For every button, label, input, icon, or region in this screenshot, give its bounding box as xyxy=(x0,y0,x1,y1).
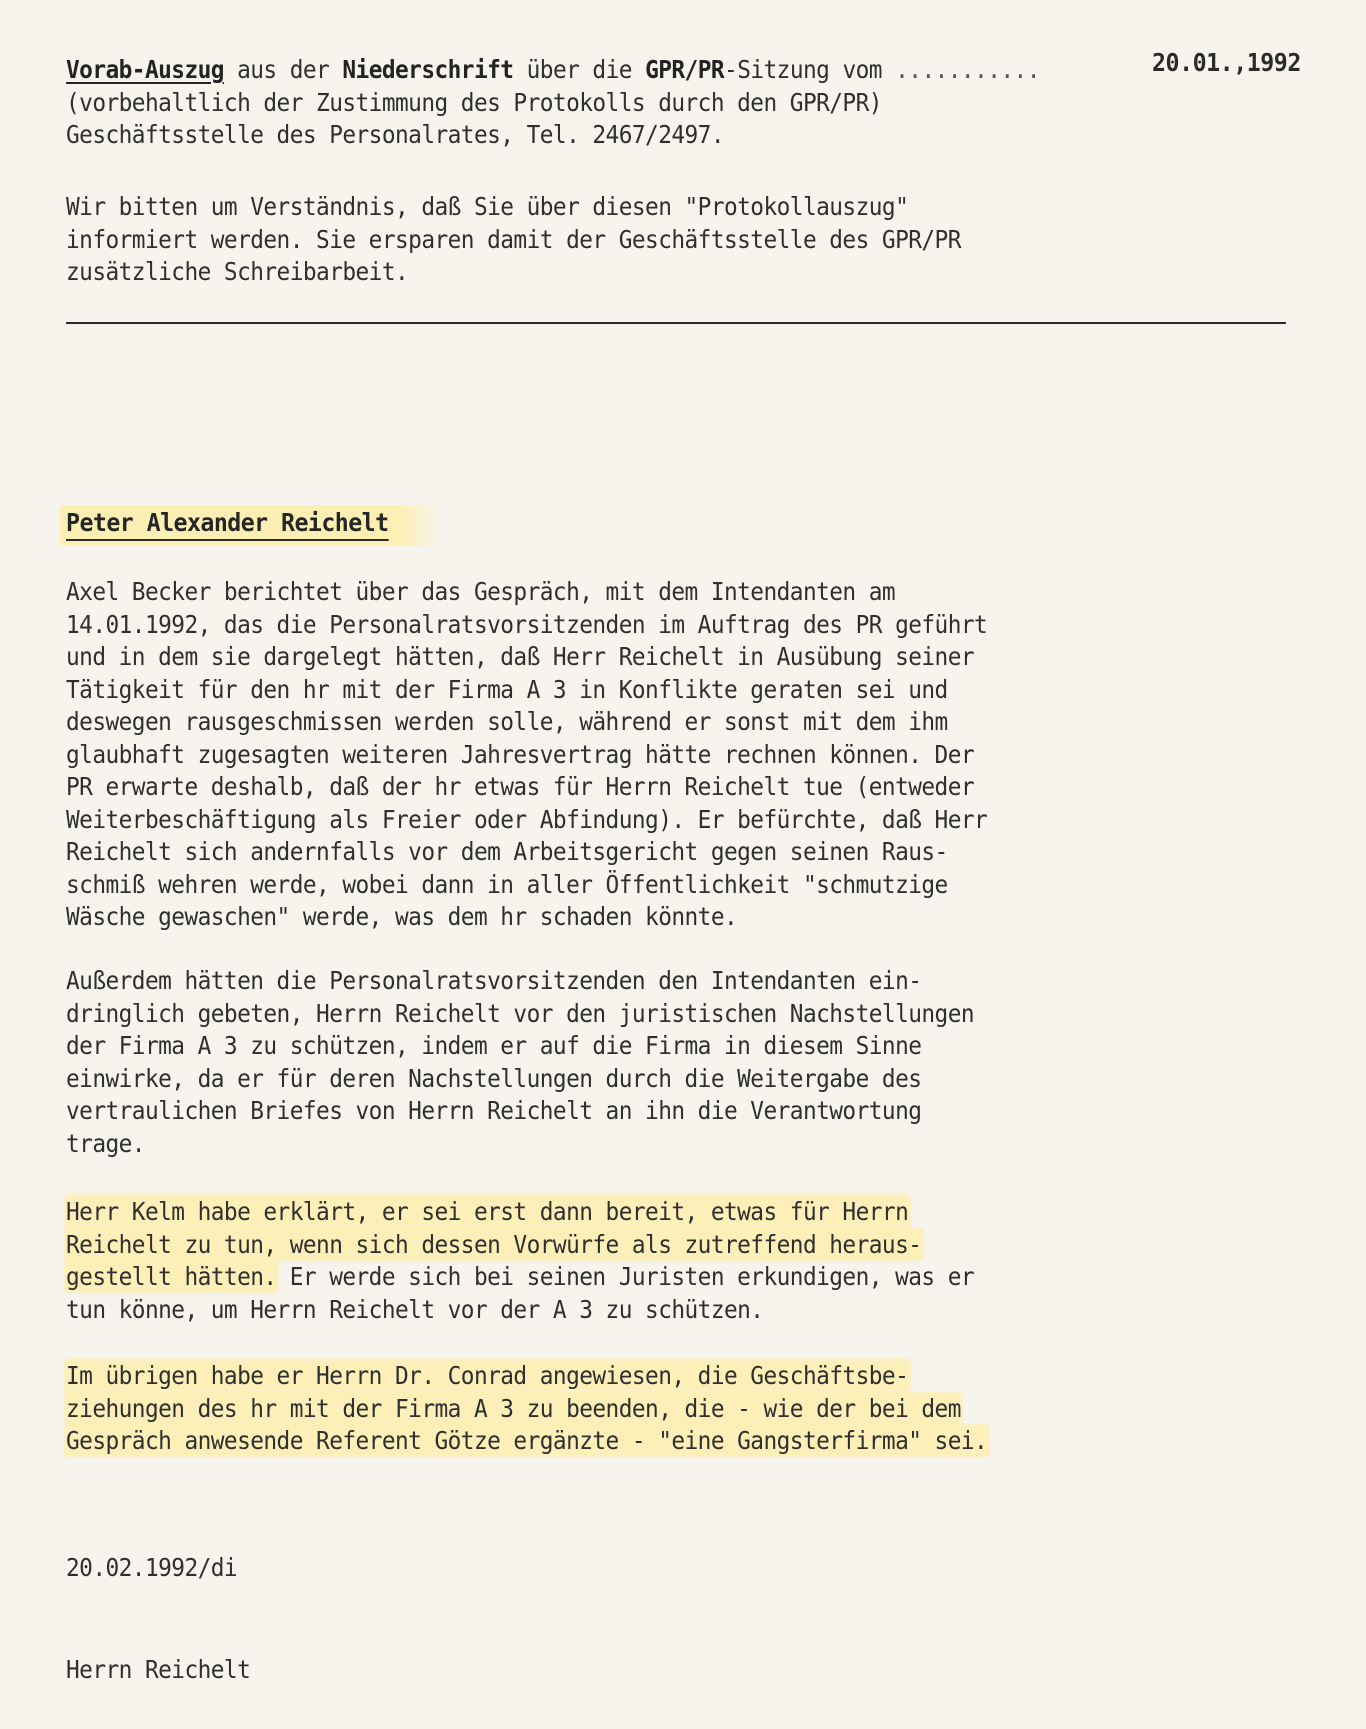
paragraph-line: dringlich gebeten, Herrn Reichelt vor de… xyxy=(66,998,974,1031)
paragraph-line: Er werde sich bei seinen Juristen erkund… xyxy=(277,1262,974,1291)
paragraph-line: Axel Becker berichtet über das Gespräch,… xyxy=(66,576,987,609)
paragraph-line: Weiterbeschäftigung als Freier oder Abfi… xyxy=(66,804,987,837)
paragraph-line: und in dem sie dargelegt hätten, daß Her… xyxy=(66,641,987,674)
paragraph-line: der Firma A 3 zu schützen, indem er auf … xyxy=(66,1030,974,1063)
paragraph-line: einwirke, da er für deren Nachstellungen… xyxy=(66,1063,974,1096)
paragraph-2: Außerdem hätten die Personalratsvorsitze… xyxy=(66,965,1042,1160)
highlighted-line: ziehungen des hr mit der Firma A 3 zu be… xyxy=(66,1394,961,1423)
paragraph-line: deswegen rausgeschmissen werden solle, w… xyxy=(66,706,987,739)
paragraph-line: tun könne, um Herrn Reichelt vor der A 3… xyxy=(66,1294,974,1327)
header-title-line: Vorab-Auszug aus der Niederschrift über … xyxy=(66,54,1040,87)
title-niederschrift: Niederschrift xyxy=(342,55,513,84)
subject-text: Peter Alexander Reichelt xyxy=(66,508,389,541)
notice-block: Wir bitten um Verständnis, daß Sie über … xyxy=(66,191,1028,289)
notice-line: zusätzliche Schreibarbeit. xyxy=(66,256,961,289)
notice-line: Wir bitten um Verständnis, daß Sie über … xyxy=(66,191,961,224)
highlighted-line: Herr Kelm habe erklärt, er sei erst dann… xyxy=(66,1197,908,1226)
paragraph-4-highlighted: Im übrigen habe er Herrn Dr. Conrad ange… xyxy=(66,1360,1057,1458)
notice-line: informiert werden. Sie ersparen damit de… xyxy=(66,224,961,257)
paragraph-3-highlighted: Herr Kelm habe erklärt, er sei erst dann… xyxy=(66,1196,1042,1326)
paragraph-line: PR erwarte deshalb, daß der hr etwas für… xyxy=(66,771,987,804)
paragraph-line: Tätigkeit für den hr mit der Firma A 3 i… xyxy=(66,674,987,707)
title-text: -Sitzung vom xyxy=(724,55,895,84)
paragraph-line: Außerdem hätten die Personalratsvorsitze… xyxy=(66,965,974,998)
subject-heading: Peter Alexander Reichelt xyxy=(60,505,443,546)
header-line-3: Geschäftsstelle des Personalrates, Tel. … xyxy=(66,119,1040,152)
date-dots: ........... xyxy=(895,55,1040,84)
title-text: aus der xyxy=(224,55,342,84)
header-line-2: (vorbehaltlich der Zustimmung des Protok… xyxy=(66,87,1040,120)
paragraph-line: schmiß wehren werde, wobei dann in aller… xyxy=(66,869,987,902)
paragraph-line: vertraulichen Briefes von Herrn Reichelt… xyxy=(66,1095,974,1128)
paragraph-line: Reichelt sich andernfalls vor dem Arbeit… xyxy=(66,836,987,869)
paragraph-1: Axel Becker berichtet über das Gespräch,… xyxy=(66,576,1057,934)
document-header: Vorab-Auszug aus der Niederschrift über … xyxy=(66,54,1113,152)
paragraph-line: glaubhaft zugesagten weiteren Jahresvert… xyxy=(66,739,987,772)
meeting-date: 20.01.,1992 xyxy=(1152,48,1301,77)
recipient: Herrn Reichelt xyxy=(66,1654,250,1687)
title-vorab-auszug: Vorab-Auszug xyxy=(66,55,224,84)
paragraph-line: trage. xyxy=(66,1128,974,1161)
title-gpr-pr: GPR/PR xyxy=(645,55,724,84)
paragraph-line: Wäsche gewaschen" werde, was dem hr scha… xyxy=(66,901,987,934)
highlighted-line: Gespräch anwesende Referent Götze ergänz… xyxy=(66,1426,987,1455)
footer-date-reference: 20.02.1992/di xyxy=(66,1552,237,1585)
highlighted-line: Reichelt zu tun, wenn sich dessen Vorwür… xyxy=(66,1230,921,1259)
separator-rule xyxy=(66,322,1286,324)
highlighted-line: gestellt hätten. xyxy=(66,1262,277,1291)
title-text: über die xyxy=(513,55,645,84)
highlighted-line: Im übrigen habe er Herrn Dr. Conrad ange… xyxy=(66,1361,908,1390)
paragraph-line: 14.01.1992, das die Personalratsvorsitze… xyxy=(66,609,987,642)
